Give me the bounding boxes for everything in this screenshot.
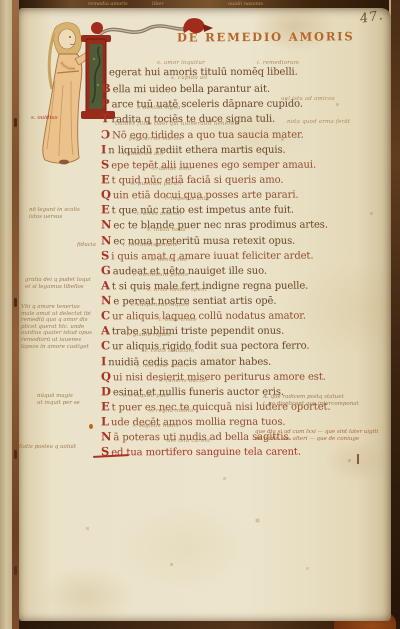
woman-foot — [59, 160, 69, 165]
interlinear-gloss: i. artes amandi — [137, 211, 182, 217]
dot-mark — [89, 424, 93, 429]
woman-hair-lock — [49, 33, 54, 89]
interlinear-gloss: s. amor loquitur — [157, 60, 205, 66]
verse-line: Cur aliquis rigido fodit sua pectora fer… — [101, 339, 310, 354]
interlinear-gloss: i. o cupido puer — [123, 393, 170, 399]
margin-note-line: Vbi q amare tenerius — [21, 304, 92, 311]
manuscript-photo: remedia amorisliberouidii nasonis 47. DE… — [0, 0, 400, 629]
verse-initial: P — [101, 96, 110, 110]
margin-note-line: lapsos in amore castiget — [21, 344, 92, 351]
verse-line: Bella mi uideo bella parantur ait. — [101, 82, 270, 97]
interlinear-gloss: nota quod arma ferāt — [287, 119, 350, 125]
verse-initial: G — [101, 263, 111, 277]
parchment-speckles — [19, 8, 20, 9]
verse-line: Et que nūc ratio est impetus ante fuit. — [101, 203, 294, 218]
verse-line: Qui nisi desierit misero periturus amore… — [101, 370, 326, 385]
verse-initial: L — [101, 414, 109, 428]
vine-dot — [97, 84, 99, 86]
vine-dot — [93, 58, 95, 60]
interlinear-gloss: s. regna mollia — [149, 408, 193, 414]
margin-note-left: fiducia — [77, 242, 96, 249]
margin-note-line: et si legamus libellos — [25, 284, 91, 291]
margin-note-line: i. ua displicent que intercomponat — [263, 401, 359, 408]
margin-note-line: Satis postea q uoluit — [19, 444, 76, 451]
verse-text: ec te blande puer nec nras prodimus arte… — [113, 220, 328, 232]
verse-initial: C — [101, 338, 110, 352]
margin-note-left: Vbi q amare teneriusmale amat ut delecta… — [21, 304, 92, 350]
interlinear-gloss: s. puellam parari — [131, 181, 182, 187]
interlinear-gloss: uel tela carent — [167, 438, 211, 444]
margin-note-line: nūquā magis — [37, 393, 80, 400]
manuscript-page: 47. DE REMEDIO AMORIS — [19, 8, 391, 621]
verse-initial: A — [101, 323, 110, 337]
adjacent-page-edge — [0, 0, 12, 629]
top-edge-text: liber — [152, 1, 164, 7]
interlinear-gloss: i. cedis inuidiam — [145, 348, 194, 354]
margin-note-right: A. que radicem postq statueti. ua displi… — [263, 394, 359, 407]
verse-initial: I — [101, 354, 106, 368]
interlinear-gloss: i. uexilla signa — [137, 105, 181, 111]
verse-text: i quis amat q amare iuuat feliciter arde… — [111, 251, 313, 263]
binding-gutter — [12, 0, 19, 629]
verse-line: Si quis amat q amare iuuat feliciter ard… — [101, 249, 313, 264]
verse-initial: N — [101, 233, 111, 247]
interlinear-gloss: per currus martis — [129, 136, 181, 142]
verse-text: ui nisi desierit misero periturus amore … — [113, 372, 326, 384]
verse-line: Parce tuū uatē sceleris dāpnare cupido. — [101, 97, 303, 112]
verse-initial: N — [101, 429, 111, 443]
verse-text: ur aliquis rigido fodit sua pectora ferr… — [112, 341, 309, 353]
interlinear-gloss: i. suspensus laqueo — [131, 302, 189, 308]
margin-note-line: que diu si ad cum lxxi — que sint later … — [255, 429, 378, 436]
tick-mark — [357, 454, 359, 464]
interlinear-gloss: i. sagittis nudis — [133, 423, 179, 429]
verse-initial: T — [101, 111, 110, 125]
verse-initial: N — [101, 217, 111, 231]
verse-line: Lude decēt annos mollia regna tuos. — [101, 415, 286, 430]
interlinear-gloss: s. musa noua — [147, 227, 186, 233]
margin-note-left: gratia dei q pudet loquiet si legamus li… — [25, 277, 91, 290]
verse-initial: B — [101, 81, 111, 95]
verse-text: ed tua mortifero sanguine tela carent. — [111, 447, 301, 459]
interlinear-gloss: s. artis nostre opem — [147, 287, 207, 293]
verse-initial: Ɔ — [101, 127, 110, 141]
verse-initial: N — [101, 293, 111, 307]
verse-text: ur aliquis laqueo collū nodatus amator. — [112, 311, 306, 323]
margin-note-left: Satis postea q uoluit — [19, 444, 76, 451]
verse-line: Cur aliquis laqueo collū nodatus amator. — [101, 309, 306, 324]
interlinear-gloss: i. morietur amore — [137, 363, 190, 369]
red-leaf-ornament — [183, 18, 204, 33]
red-marginal-inscription: s. ouidius — [31, 115, 58, 121]
verse-text: t si quis male fert indigne regna puelle… — [112, 281, 308, 293]
interlinear-gloss: i. fortunate amans — [123, 242, 178, 248]
verse-initial: S — [101, 248, 109, 262]
interlinear-gloss: i. onus triste — [159, 317, 197, 323]
interlinear-gloss: i. dominium puelle — [133, 272, 189, 278]
verse-initial: E — [101, 399, 110, 413]
margin-note-line: istos uersus — [29, 214, 80, 221]
folio-number: 47. — [359, 8, 385, 27]
margin-note-left: nūquā magisut inquit per se — [37, 393, 80, 406]
verse-text: ella mi uideo bella parantur ait. — [113, 84, 270, 96]
margin-note-line: nō legunt in scolis — [29, 207, 80, 214]
margin-note-line: male amat ut delectat ibi — [21, 311, 92, 318]
margin-note-line: plicet querat hīc. unde — [21, 324, 92, 331]
interlinear-gloss: i. adhuc amo — [153, 166, 191, 172]
interlinear-gloss: s. uento suo — [151, 257, 187, 263]
margin-note-right: que diu si ad cum lxxi — que sint later … — [255, 429, 378, 442]
top-edge-text: remedia amoris — [88, 1, 128, 7]
interlinear-gloss: i. iuuenes alii — [123, 151, 163, 157]
verse-initial: S — [101, 157, 109, 171]
verse-line: Sepe tepēt alii iuuenes ego semper amaui… — [101, 158, 316, 173]
verse-line: Sed tua mortifero sanguine tela carent. — [101, 445, 301, 460]
margin-note-line: de podio. ua. alteri — que de coniuge — [255, 436, 378, 443]
margin-note-line: fiducia — [77, 242, 96, 249]
interlinear-gloss: i. impetus ante — [165, 196, 210, 202]
top-edge-text: ouidii nasonis — [228, 1, 263, 7]
interlinear-gloss: s. cupido ait — [171, 75, 208, 81]
interlinear-gloss: s. funeris auctor — [159, 378, 208, 384]
verse-line: Nec te blande puer nec nras prodimus art… — [101, 218, 328, 233]
interlinear-gloss: i. gladio rigido — [127, 332, 171, 338]
verse-initial: E — [101, 202, 110, 216]
interlinear-gloss: tidides filius tidei qui uulnerauit uene… — [115, 121, 240, 127]
margin-note-line: remediū quo q amor dis — [21, 317, 92, 324]
woman-eye — [69, 36, 71, 38]
interlinear-gloss: i. remediorum — [257, 60, 299, 66]
woman-face — [59, 29, 76, 49]
verse-initial: C — [101, 308, 110, 322]
verse-initial: Q — [101, 187, 111, 201]
margin-note-line: gratia dei q pudet loqui — [25, 277, 91, 284]
book-top-edge — [0, 0, 400, 8]
red-bulb-ornament — [91, 22, 103, 34]
verse-initial: I — [101, 142, 106, 156]
margin-note-line: ut inquit per se — [37, 400, 80, 407]
margin-note-left: nō legunt in scolisistos uersus — [29, 207, 80, 220]
verse-text: epe tepēt alii iuuenes ego semper amaui. — [111, 160, 316, 172]
verse-initial: Q — [101, 369, 111, 383]
margin-note-line: ouidius quater istud opus — [21, 330, 92, 337]
verse-line: Et quid nūc etiā faciā si queris amo. — [101, 173, 284, 188]
verse-initial: A — [101, 278, 110, 292]
interlinear-gloss: uel ista ad amicos — [281, 96, 335, 102]
verse-initial: D — [101, 384, 111, 398]
verse-initial: E — [101, 172, 110, 186]
red-leaf-tip — [203, 24, 213, 32]
margin-note-line: A. que radicem postq statuet — [263, 394, 359, 401]
margin-note-line: remediorū ut iuuenes — [21, 337, 92, 344]
